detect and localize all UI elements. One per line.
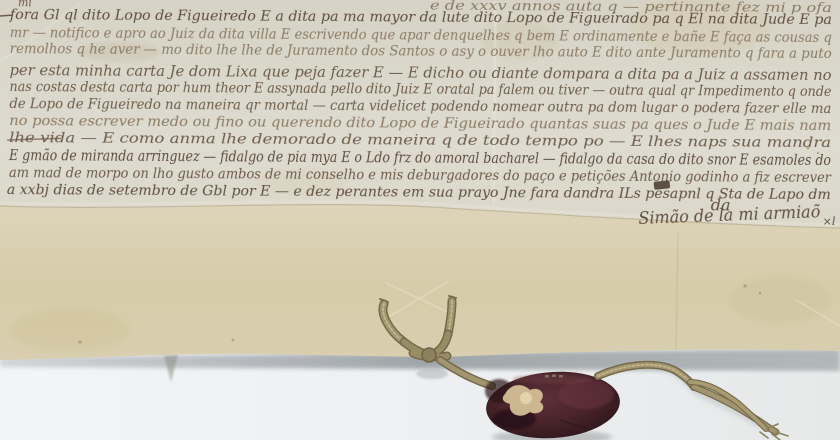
handwritten-text-block: mi e de xxxv annos auta q — pertinante f… xyxy=(0,0,837,230)
photo-canvas: mi e de xxxv annos auta q — pertinante f… xyxy=(0,0,840,440)
signature-mark: ×l xyxy=(823,215,836,228)
stain xyxy=(730,276,830,324)
manuscript-photo: mi e de xxxv annos auta q — pertinante f… xyxy=(0,0,840,440)
cord-strand-right xyxy=(448,301,452,334)
stain xyxy=(10,308,130,352)
knot-shadow xyxy=(416,369,448,379)
seal-patch-bright-spot xyxy=(520,392,532,404)
ink-blot xyxy=(654,180,671,190)
